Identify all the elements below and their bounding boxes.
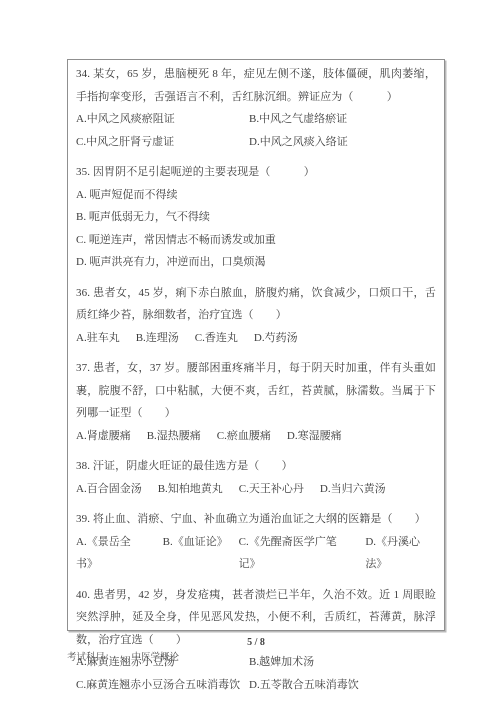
option-a: A.驻车丸 — [76, 327, 120, 350]
question-stem: 36. 患者女，45 岁，痢下赤白脓血，脐腹灼痛，饮食减少，口烦口干，舌质红绛少… — [76, 282, 436, 327]
option-row: C.中风之肝肾亏虚证 D.中风之风痰入络证 — [76, 131, 436, 154]
option-a: A.中风之风痰瘀阻证 — [76, 108, 241, 131]
question-stem: 38. 汗证，阴虚火旺证的最佳选方是（ ） — [76, 455, 436, 478]
question-sheet-box: 34. 某女，65 岁，患脑梗死 8 年，症见左侧不遂，肢体僵硬，肌肉萎缩，手指… — [67, 59, 445, 631]
question-38: 38. 汗证，阴虚火旺证的最佳选方是（ ） A.百合固金汤 B.知柏地黄丸 C.… — [76, 455, 436, 500]
question-stem: 39. 将止血、消瘀、宁血、补血确立为通治血证之大纲的医籍是（ ） — [76, 508, 436, 531]
question-stem: 35. 因胃阴不足引起呃逆的主要表现是（ ） — [76, 161, 436, 184]
option-d: D.寒湿腰痛 — [287, 425, 342, 448]
option-d: D.《丹溪心法》 — [365, 531, 436, 576]
page-footer: 5 / 8 考试科目： 中医学概论 — [67, 637, 445, 663]
option-d: D.当归六黄汤 — [320, 478, 386, 501]
exam-subject-label: 考试科目： — [67, 649, 115, 663]
option-row: A.中风之风痰瘀阻证 B.中风之气虚络瘀证 — [76, 108, 436, 131]
option-d: D.中风之风痰入络证 — [249, 131, 348, 154]
exam-subject-line: 考试科目： 中医学概论 — [67, 649, 445, 663]
option-b: B.连理汤 — [136, 327, 179, 350]
option-d: D. 呃声洪亮有力，冲逆而出，口臭烦渴 — [76, 251, 436, 274]
question-stem: 37. 患者，女，37 岁。腰部困重疼痛半月，每于阴天时加重，伴有头重如裹，脘腹… — [76, 357, 436, 425]
option-b: B.湿热腰痛 — [147, 425, 201, 448]
option-a: A. 呃声短促而不得续 — [76, 184, 436, 207]
option-row: C.麻黄连翘赤小豆汤合五味消毒饮 D.五苓散合五味消毒饮 — [76, 674, 436, 697]
option-c: C.天王补心丹 — [239, 478, 304, 501]
page-number: 5 / 8 — [67, 637, 445, 648]
option-list: A. 呃声短促而不得续 B. 呃声低弱无力，气不得续 C. 呃逆连声，常因情志不… — [76, 184, 436, 274]
option-c: C.《先醒斋医学广笔记》 — [239, 531, 350, 576]
exam-subject-value: 中医学概论 — [132, 649, 180, 663]
option-c: C. 呃逆连声，常因情志不畅而诱发或加重 — [76, 229, 436, 252]
option-c: C.麻黄连翘赤小豆汤合五味消毒饮 — [76, 674, 241, 697]
option-row: A.百合固金汤 B.知柏地黄丸 C.天王补心丹 D.当归六黄汤 — [76, 478, 436, 501]
option-row: A.驻车丸 B.连理汤 C.香连丸 D.芍药汤 — [76, 327, 436, 350]
option-c: C.瘀血腰痛 — [217, 425, 271, 448]
option-c: C.中风之肝肾亏虚证 — [76, 131, 241, 154]
option-b: B. 呃声低弱无力，气不得续 — [76, 206, 436, 229]
option-a: A.《景岳全书》 — [76, 531, 147, 576]
option-d: D.芍药汤 — [254, 327, 298, 350]
option-c: C.香连丸 — [195, 327, 238, 350]
option-b: B.《血证论》 — [163, 531, 223, 576]
option-row: A.《景岳全书》 B.《血证论》 C.《先醒斋医学广笔记》 D.《丹溪心法》 — [76, 531, 436, 576]
question-34: 34. 某女，65 岁，患脑梗死 8 年，症见左侧不遂，肢体僵硬，肌肉萎缩，手指… — [76, 63, 436, 153]
question-36: 36. 患者女，45 岁，痢下赤白脓血，脐腹灼痛，饮食减少，口烦口干，舌质红绛少… — [76, 282, 436, 350]
question-stem: 34. 某女，65 岁，患脑梗死 8 年，症见左侧不遂，肢体僵硬，肌肉萎缩，手指… — [76, 63, 436, 108]
option-b: B.中风之气虚络瘀证 — [249, 108, 347, 131]
option-a: A.百合固金汤 — [76, 478, 142, 501]
question-39: 39. 将止血、消瘀、宁血、补血确立为通治血证之大纲的医籍是（ ） A.《景岳全… — [76, 508, 436, 576]
option-d: D.五苓散合五味消毒饮 — [249, 674, 359, 697]
option-a: A.肾虚腰痛 — [76, 425, 131, 448]
question-35: 35. 因胃阴不足引起呃逆的主要表现是（ ） A. 呃声短促而不得续 B. 呃声… — [76, 161, 436, 274]
option-b: B.知柏地黄丸 — [158, 478, 223, 501]
option-row: A.肾虚腰痛 B.湿热腰痛 C.瘀血腰痛 D.寒湿腰痛 — [76, 425, 436, 448]
question-37: 37. 患者，女，37 岁。腰部困重疼痛半月，每于阴天时加重，伴有头重如裹，脘腹… — [76, 357, 436, 447]
